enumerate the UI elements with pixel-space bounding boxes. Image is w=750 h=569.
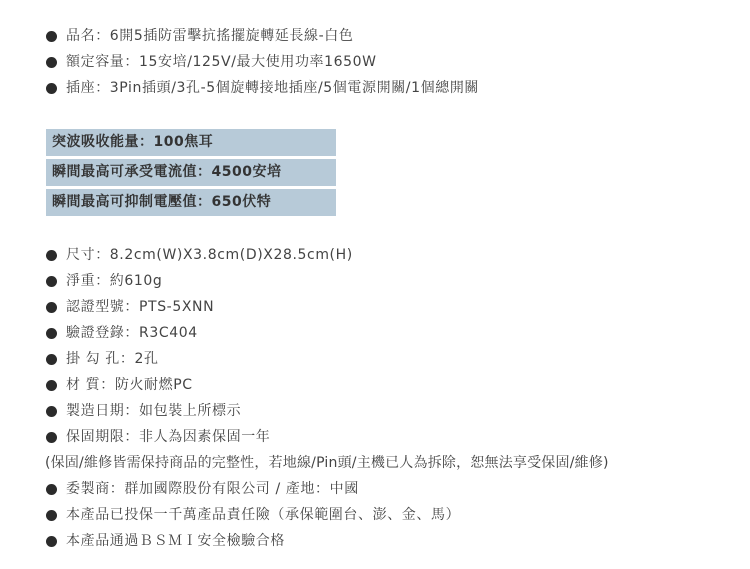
- item-text: 委製商：群加國際股份有限公司 / 產地：中國: [66, 476, 359, 502]
- list-item-rated-capacity: 額定容量：15安培/125V/最大使用功率1650W: [46, 49, 479, 75]
- warranty-note: (保固/維修皆需保持商品的完整性，若地線/Pin頭/主機已人為拆除，恕無法享受保…: [45, 450, 609, 476]
- list-item-net-weight: 淨重：約610g: [46, 268, 609, 294]
- item-text: 尺寸：8.2cm(W)X3.8cm(D)X28.5cm(H): [66, 242, 353, 268]
- bullet-icon: [46, 250, 57, 261]
- item-text: 材 質：防火耐燃PC: [66, 372, 193, 398]
- list-item-socket: 插座：3Pin插頭/3孔-5個旋轉接地插座/5個電源開關/1個總開關: [46, 75, 479, 101]
- list-item-verification: 驗證登錄：R3C404: [46, 320, 609, 346]
- item-text: 本產品已投保一千萬產品責任險（承保範圍台、澎、金、馬）: [66, 502, 460, 528]
- bullet-icon: [46, 536, 57, 547]
- bullet-icon: [46, 328, 57, 339]
- bullet-icon: [46, 83, 57, 94]
- item-text: 驗證登錄：R3C404: [66, 320, 198, 346]
- item-text: 淨重：約610g: [66, 268, 162, 294]
- bullet-icon: [46, 354, 57, 365]
- bullet-icon: [46, 432, 57, 443]
- item-text: 保固期限：非人為因素保固一年: [66, 424, 270, 450]
- list-item-product-name: 品名：6開5插防雷擊抗搖擺旋轉延長線-白色: [46, 23, 479, 49]
- item-text: 額定容量：15安培/125V/最大使用功率1650W: [66, 49, 377, 75]
- bullet-icon: [46, 31, 57, 42]
- spec-row-peak-current: 瞬間最高可承受電流值：4500安培: [46, 159, 336, 186]
- bullet-icon: [46, 484, 57, 495]
- list-item-bsmi: 本產品通過ＢＳＭＩ安全檢驗合格: [46, 528, 609, 554]
- list-item-hook-holes: 掛 勾 孔：2孔: [46, 346, 609, 372]
- spec-row-surge-energy: 突波吸收能量：100焦耳: [46, 129, 336, 156]
- detail-spec-list: 尺寸：8.2cm(W)X3.8cm(D)X28.5cm(H) 淨重：約610g …: [46, 242, 609, 554]
- bullet-icon: [46, 276, 57, 287]
- list-item-warranty: 保固期限：非人為因素保固一年: [46, 424, 609, 450]
- list-item-cert-model: 認證型號：PTS-5XNN: [46, 294, 609, 320]
- warranty-note-text: (保固/維修皆需保持商品的完整性，若地線/Pin頭/主機已人為拆除，恕無法享受保…: [45, 450, 609, 476]
- bullet-icon: [46, 406, 57, 417]
- item-text: 製造日期：如包裝上所標示: [66, 398, 241, 424]
- list-item-manufacture-date: 製造日期：如包裝上所標示: [46, 398, 609, 424]
- item-text: 本產品通過ＢＳＭＩ安全檢驗合格: [66, 528, 285, 554]
- spec-row-clamp-voltage: 瞬間最高可抑制電壓值：650伏特: [46, 189, 336, 216]
- item-text: 掛 勾 孔：2孔: [66, 346, 159, 372]
- list-item-material: 材 質：防火耐燃PC: [46, 372, 609, 398]
- surge-spec-table: 突波吸收能量：100焦耳 瞬間最高可承受電流值：4500安培 瞬間最高可抑制電壓…: [46, 129, 336, 219]
- list-item-insurance: 本產品已投保一千萬產品責任險（承保範圍台、澎、金、馬）: [46, 502, 609, 528]
- list-item-manufacturer: 委製商：群加國際股份有限公司 / 產地：中國: [46, 476, 609, 502]
- bullet-icon: [46, 510, 57, 521]
- list-item-dimensions: 尺寸：8.2cm(W)X3.8cm(D)X28.5cm(H): [46, 242, 609, 268]
- item-text: 插座：3Pin插頭/3孔-5個旋轉接地插座/5個電源開關/1個總開關: [66, 75, 479, 101]
- bullet-icon: [46, 57, 57, 68]
- item-text: 認證型號：PTS-5XNN: [66, 294, 214, 320]
- bullet-icon: [46, 302, 57, 313]
- product-name-list: 品名：6開5插防雷擊抗搖擺旋轉延長線-白色 額定容量：15安培/125V/最大使…: [46, 23, 479, 101]
- item-text: 品名：6開5插防雷擊抗搖擺旋轉延長線-白色: [66, 23, 353, 49]
- bullet-icon: [46, 380, 57, 391]
